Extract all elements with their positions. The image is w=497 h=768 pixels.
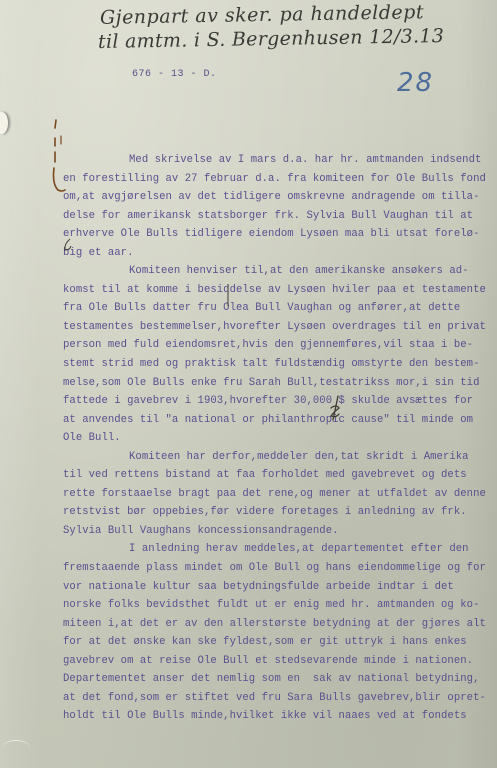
handwritten-note-line-1: Gjenpart av sker. pa handeldept <box>100 1 424 29</box>
paper-curl <box>2 740 30 755</box>
text-line: norske folks bevidsthet fuldt ut er enig… <box>63 596 483 615</box>
text-line: fattede i gavebrev i 1903,hvorefter 30,0… <box>63 392 483 411</box>
pencil-insertion-mark-icon <box>226 283 230 307</box>
text-line: big et aar. <box>63 244 483 263</box>
paragraph-1: Med skrivelse av I mars d.a. har hr. amt… <box>63 151 483 262</box>
text-line: erhverve Ole Bulls tidligere eiendom Lys… <box>63 225 483 244</box>
paragraph-2: Komiteen henviser til,at den amerikanske… <box>63 262 483 447</box>
text-line: holdt til Ole Bulls minde,hvilket ikke v… <box>63 707 483 726</box>
text-line: melse,som Ole Bulls enke fru Sarah Bull,… <box>63 374 483 393</box>
text-line: miteen i,at det er av den allerstørste b… <box>63 615 483 634</box>
text-line: at det fond,som er stiftet ved fru Sara … <box>63 689 483 708</box>
document-page: Gjenpart av sker. pa handeldept til amtm… <box>0 0 497 768</box>
text-line: I anledning herav meddeles,at departemen… <box>63 540 483 559</box>
text-line: Med skrivelse av I mars d.a. har hr. amt… <box>63 151 483 170</box>
handwritten-note-line-2: til amtm. i S. Bergenhusen 12/3.13 <box>98 25 445 53</box>
text-line: en forestilling av 27 februar d.a. fra k… <box>63 170 483 189</box>
text-line: Komiteen henviser til,at den amerikanske… <box>63 262 483 281</box>
paper-tear <box>0 112 8 134</box>
text-line: retstvist bør oppebies,før videre foreta… <box>63 503 483 522</box>
text-line: gavebrev om at reise Ole Bull et stedsev… <box>63 652 483 671</box>
document-body: Med skrivelse av I mars d.a. har hr. amt… <box>63 151 483 726</box>
text-line: Ole Bull. <box>63 429 483 448</box>
text-line: fremstaaende plass mindet om Ole Bull og… <box>63 559 483 578</box>
text-line: til ved rettens bistand at faa forholdet… <box>63 466 483 485</box>
text-line: Komiteen har derfor,meddeler den,tat skr… <box>63 448 483 467</box>
text-line: at anvendes til "a national or philanthr… <box>63 411 483 430</box>
text-line: person med fuld eiendomsret,hvis den gje… <box>63 336 483 355</box>
text-line: for at det ønske kan ske fyldest,som er … <box>63 633 483 652</box>
text-line: vor nationale kultur saa betydningsfulde… <box>63 578 483 597</box>
text-line: testamentes bestemmelser,hvorefter Lysøe… <box>63 318 483 337</box>
text-line: fra Ole Bulls datter fru Olea Bull Vaugh… <box>63 299 483 318</box>
text-line: rette forstaaelse bragt paa det rene,og … <box>63 485 483 504</box>
paragraph-4: I anledning herav meddeles,at departemen… <box>63 540 483 725</box>
archive-page-number: 28 <box>397 68 434 98</box>
text-line: om,at avgjørelsen av det tidligere omskr… <box>63 188 483 207</box>
reference-number: 676 - 13 - D. <box>132 69 217 80</box>
text-line: komst til at komme i besiddelse av Lysøe… <box>63 281 483 300</box>
text-line: Sylvia Bull Vaughans koncessionsandragen… <box>63 522 483 541</box>
text-line: Departementet anser det nemlig som en sa… <box>63 670 483 689</box>
text-line: delse for amerikansk statsborger frk. Sy… <box>63 207 483 226</box>
pencil-dollar-mark-icon <box>328 394 342 422</box>
text-line: stemt strid med og praktisk talt fuldstæ… <box>63 355 483 374</box>
paragraph-3: Komiteen har derfor,meddeler den,tat skr… <box>63 448 483 541</box>
pencil-b-correction-icon <box>62 238 74 252</box>
